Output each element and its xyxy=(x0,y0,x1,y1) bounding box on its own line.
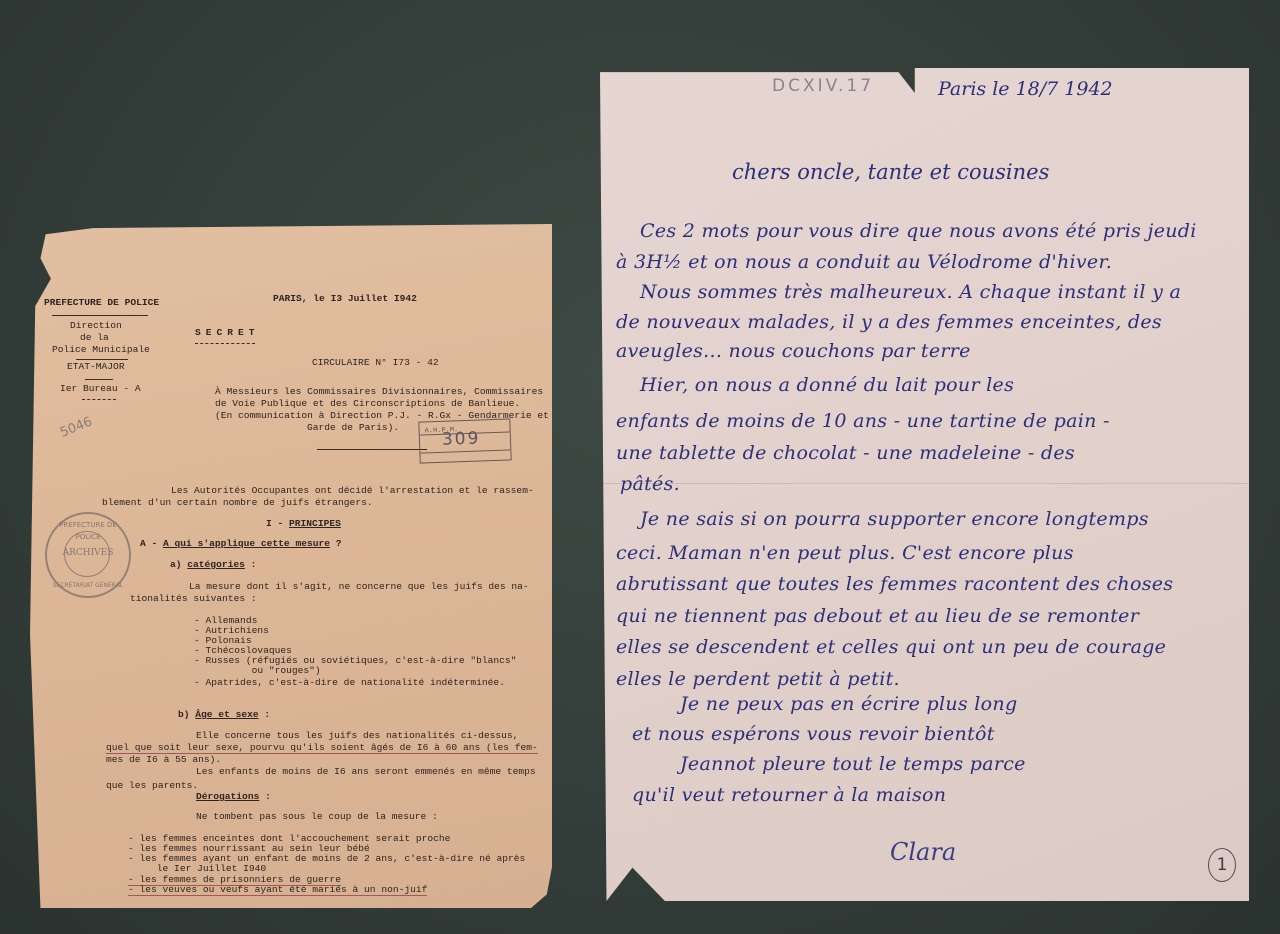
categories-heading: a) catégories : xyxy=(170,559,256,571)
letter-line: ceci. Maman n'en peut plus. C'est encore… xyxy=(616,542,1074,564)
age-text-line: que les parents. xyxy=(106,780,198,792)
letter-line: Hier, on nous a donné du lait pour les xyxy=(640,374,1014,396)
reception-stamp-number: 309 xyxy=(442,432,481,446)
letter-line: enfants de moins de 10 ans - une tartine… xyxy=(616,410,1110,432)
letter-line: elles se descendent et celles qui ont un… xyxy=(616,636,1166,658)
nationality-item: - Apatrides, c'est-à-dire de nationalité… xyxy=(194,677,505,689)
derogations-intro: Ne tombent pas sous le coup de la mesure… xyxy=(196,811,438,823)
categories-intro-line: La mesure dont il s'agit, ne concerne qu… xyxy=(189,581,529,593)
letter-line: Ces 2 mots pour vous dire que nous avons… xyxy=(640,220,1197,242)
letter-line: à 3H½ et on nous a conduit au Vélodrome … xyxy=(616,251,1112,273)
derogation-item: - les veuves ou veufs ayant été mariés à… xyxy=(128,884,427,896)
age-sex-heading: b) Âge et sexe : xyxy=(178,709,270,721)
archive-reference: DCXIV.17 xyxy=(772,76,874,96)
addressee-line: Garde de Paris). xyxy=(307,422,399,434)
subsection-a-heading: A - A qui s'applique cette mesure ? xyxy=(140,538,342,550)
divider xyxy=(85,379,113,380)
addressee-line: À Messieurs les Commissaires Divisionnai… xyxy=(215,386,543,398)
police-circular-document: PREFECTURE DE POLICE Direction de la Pol… xyxy=(30,224,552,908)
circular-number: CIRCULAIRE N° I73 - 42 xyxy=(312,357,439,369)
age-text-line: Elle concerne tous les juifs des nationa… xyxy=(196,730,518,742)
etat-major-label: ETAT-MAJOR xyxy=(67,361,125,373)
age-text-line: quel que soit leur sexe, pourvu qu'ils s… xyxy=(106,742,538,754)
age-text-line: mes de I6 à 55 ans). xyxy=(106,754,221,766)
letter-line: Jeannot pleure tout le temps parce xyxy=(680,753,1026,775)
letter-line: une tablette de chocolat - une madeleine… xyxy=(616,442,1075,464)
letter-date: Paris le 18/7 1942 xyxy=(938,78,1113,100)
categories-intro-line: tionalités suivantes : xyxy=(130,593,257,605)
page-number-badge: 1 xyxy=(1208,848,1236,882)
nationality-item: ou "rouges") xyxy=(194,665,321,677)
letter-line: Je ne sais si on pourra supporter encore… xyxy=(640,508,1149,530)
letter-signature: Clara xyxy=(890,838,956,866)
fold-line xyxy=(600,483,1249,484)
de-la-label: de la xyxy=(80,332,109,344)
secret-classification: SECRET xyxy=(195,327,260,339)
letter-line: Nous sommes très malheureux. A chaque in… xyxy=(640,281,1181,303)
age-text-line: Les enfants de moins de I6 ans seront em… xyxy=(196,766,536,778)
letter-line: pâtés. xyxy=(620,473,680,495)
divider xyxy=(82,399,116,400)
divider xyxy=(317,449,427,450)
letter-line: qu'il veut retourner à la maison xyxy=(632,784,946,806)
stamp-bottom-text: SECRÉTARIAT GÉNÉRAL xyxy=(47,580,129,592)
letter-greeting: chers oncle, tante et cousines xyxy=(732,160,1049,184)
secret-underline xyxy=(195,343,255,344)
letter-line: elles le perdent petit à petit. xyxy=(616,668,900,690)
intro-line: blement d'un certain nombre de juifs étr… xyxy=(102,497,373,509)
reception-stamp: A.H.P.M. 309 xyxy=(418,418,511,463)
letter-line: Je ne peux pas en écrire plus long xyxy=(680,693,1017,715)
prefecture-header: PREFECTURE DE POLICE xyxy=(44,297,159,309)
letter-line: abrutissant que toutes les femmes racont… xyxy=(616,573,1173,595)
police-municipale-label: Police Municipale xyxy=(52,344,150,356)
letter-line: de nouveaux malades, il y a des femmes e… xyxy=(616,311,1162,333)
direction-label: Direction xyxy=(70,320,122,332)
date-line: PARIS, le I3 Juillet I942 xyxy=(273,293,417,305)
letter-line: aveugles... nous couchons par terre xyxy=(616,340,971,362)
section-title: I - PRINCIPES xyxy=(266,518,341,530)
archives-stamp-icon: PRÉFECTURE DE POLICE ARCHIVES SECRÉTARIA… xyxy=(45,512,131,598)
divider xyxy=(76,359,128,360)
bureau-label: Ier Bureau - A xyxy=(60,383,141,395)
letter-line: et nous espérons vous revoir bientôt xyxy=(632,723,995,745)
handwritten-letter: DCXIV.17 Paris le 18/7 1942 chers oncle,… xyxy=(600,68,1249,901)
addressee-line: de Voie Publique et des Circonscriptions… xyxy=(215,398,520,410)
intro-line: Les Autorités Occupantes ont décidé l'ar… xyxy=(171,485,534,497)
divider xyxy=(52,315,148,316)
pencil-archive-note: 5046 xyxy=(59,416,94,440)
derogations-heading: Dérogations : xyxy=(196,791,271,803)
stamp-center-text: ARCHIVES xyxy=(47,547,129,559)
letter-line: qui ne tiennent pas debout et au lieu de… xyxy=(616,605,1139,627)
